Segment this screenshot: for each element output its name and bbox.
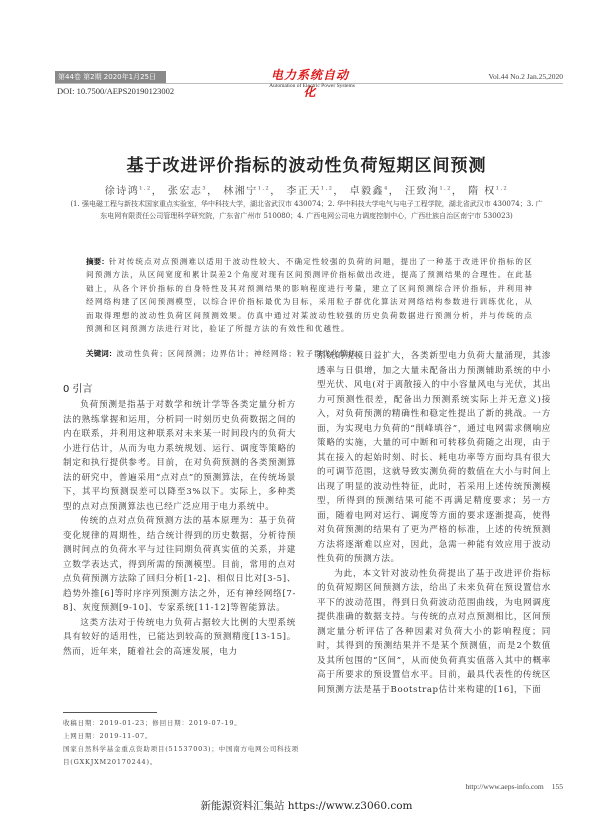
abstract: 摘要：针对传统点对点预测难以适用于波动性较大、不确定性较强的负荷的问题，提出了一… [86, 255, 533, 335]
author: 隋 权1,2 [468, 186, 508, 197]
author-list: 徐诗鸿1,2， 张宏志3， 林湘宁1,2， 李正天1,2， 卓毅鑫4， 汪致洵1… [0, 182, 613, 197]
author: 林湘宁1,2， [223, 186, 281, 197]
paragraph: 负荷预测是指基于对数学和统计学等各类定量分析方法的熟练掌握和运用，分析同一时刻历… [63, 398, 296, 514]
journal-name-en: Automation of Electric Power Systems [252, 83, 372, 89]
watermark: 新能源资料汇集站 https://www.z3060.com [0, 798, 613, 813]
issue-badge: 第44卷 第2期 2020年1月25日 [55, 71, 166, 83]
author: 汪致洵1,2， [405, 186, 463, 197]
journal-url[interactable]: http://www.aeps-info.com [466, 782, 544, 791]
paragraph: 传统的点对点负荷预测方法的基本原理为：基于负荷变化规律的周期性，结合统计得到的历… [63, 514, 296, 616]
volume-info: Vol.44 No.2 Jan.25,2020 [489, 72, 563, 81]
footnote-rule [63, 712, 157, 713]
author: 李正天1,2， [286, 186, 344, 197]
paragraph: 系统的规模日益扩大，各类新型电力负荷大量涌现，其渗透率与日俱增，加之大量未配备出… [317, 349, 551, 567]
footnote: 国家自然科学基金重点资助项目(51537003)；中国南方电网公司科技项目(GX… [63, 743, 303, 769]
paper-title: 基于改进评价指标的波动性负荷短期区间预测 [0, 151, 613, 176]
footnote: 收稿日期：2019-01-23；修回日期：2019-07-19。 [63, 717, 303, 730]
author: 卓毅鑫4， [350, 186, 401, 197]
author: 张宏志3， [168, 186, 219, 197]
author: 徐诗鸿1,2， [105, 186, 163, 197]
body-column-left: 负荷预测是指基于对数学和统计学等各类定量分析方法的熟练掌握和运用，分析同一时刻历… [63, 398, 296, 659]
footnote: 上网日期：2019-11-07。 [63, 730, 303, 743]
paragraph: 为此，本文针对波动性负荷提出了基于改进评价指标的负荷短期区间预测方法，给出了未来… [317, 567, 551, 698]
abstract-text: 针对传统点对点预测难以适用于波动性较大、不确定性较强的负荷的问题，提出了一种基于… [86, 257, 533, 333]
doi: DOI: 10.7500/AEPS20190123002 [57, 86, 174, 96]
page-number: 155 [552, 782, 563, 791]
body-column-right: 系统的规模日益扩大，各类新型电力负荷大量涌现，其渗透率与日俱增，加之大量未配备出… [317, 349, 551, 697]
page-footer: http://www.aeps-info.com155 [458, 782, 564, 791]
paragraph: 这类方法对于传统电力负荷占据较大比例的大型系统具有较好的适用性，已能达到较高的预… [63, 616, 296, 660]
affiliations: (1. 强电磁工程与新技术国家重点实验室，华中科技大学，湖北省武汉市 43007… [70, 198, 543, 222]
abstract-label: 摘要： [86, 257, 109, 266]
footnotes: 收稿日期：2019-01-23；修回日期：2019-07-19。 上网日期：20… [63, 717, 303, 769]
keywords-label: 关键词： [86, 349, 116, 358]
section-heading: 0 引言 [63, 380, 93, 395]
